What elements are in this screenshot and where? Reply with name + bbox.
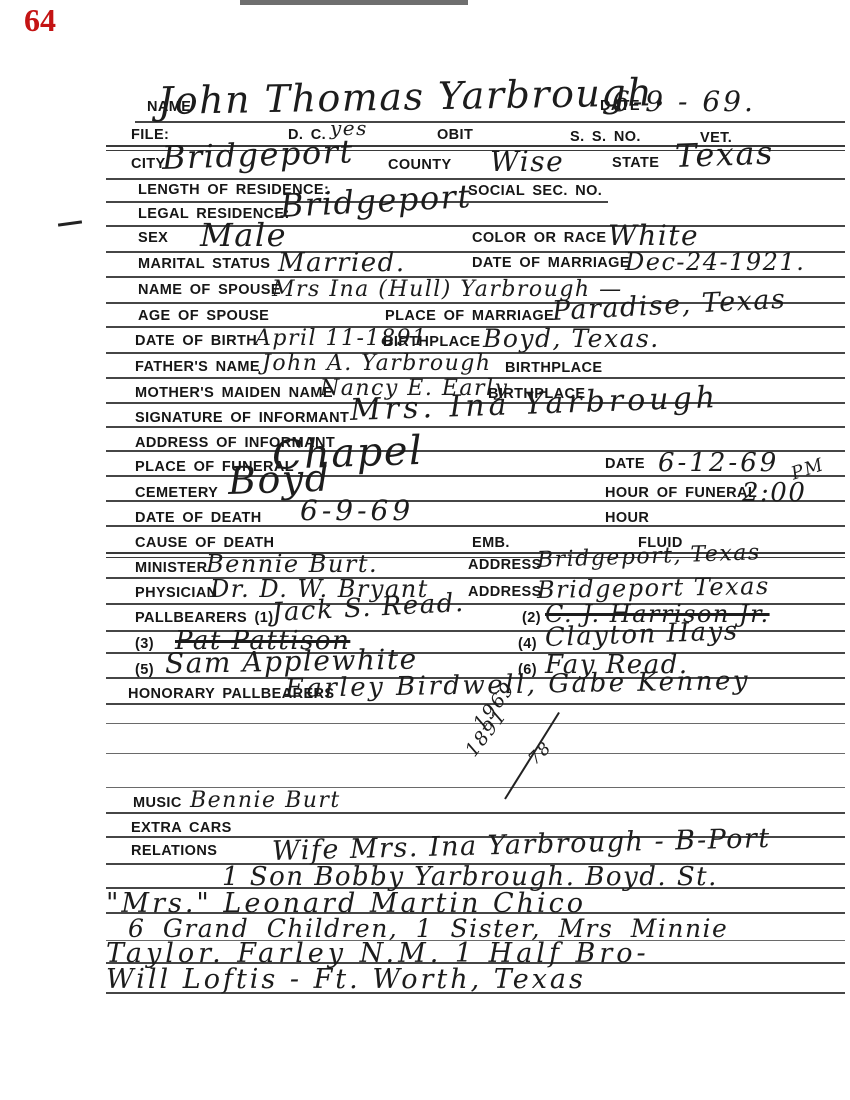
physician-address-value: Bridgeport Texas bbox=[537, 574, 770, 602]
hour-of-funeral-label: HOUR OF FUNERAL bbox=[605, 486, 757, 501]
age-of-spouse-label: AGE OF SPOUSE bbox=[138, 309, 269, 324]
hour-label: HOUR bbox=[605, 511, 649, 526]
name-of-spouse-label: NAME OF SPOUSE bbox=[138, 283, 281, 298]
sex-value: Male bbox=[200, 219, 287, 251]
county-label: COUNTY bbox=[388, 158, 452, 173]
minister-address-label: ADDRESS bbox=[468, 558, 542, 573]
color-or-race-value: White bbox=[608, 222, 699, 250]
funeral-date-value: 6-12-69 bbox=[658, 450, 779, 476]
color-or-race-label: COLOR OR RACE bbox=[472, 231, 606, 246]
birthplace-value: Boyd, Texas. bbox=[483, 326, 660, 351]
obit-label: OBIT bbox=[437, 128, 473, 143]
minister-value: Bennie Burt. bbox=[206, 552, 378, 576]
relations-line-6: Will Loftis - Ft. Worth, Texas bbox=[106, 966, 586, 993]
relations-line-5: Taylor. Farley N.M. 1 Half Bro- bbox=[106, 940, 650, 967]
scanned-funeral-record: 64 NAME DATE FILE: D. C. OBIT S. S. NO. … bbox=[0, 0, 850, 1100]
relations-line-2: 1 Son Bobby Yarbrough. Boyd. St. bbox=[222, 864, 718, 890]
date-of-birth-value: April 11-1891 bbox=[255, 328, 427, 350]
pallbearers-2-label: (2) bbox=[522, 611, 541, 626]
ruled-line bbox=[106, 703, 845, 705]
fathers-name-label: FATHER'S NAME bbox=[135, 360, 260, 375]
fathers-name-value: John A. Yarbrough bbox=[262, 353, 491, 375]
margin-mark bbox=[58, 220, 82, 226]
minister-address-value: Bridgeport, Texas bbox=[537, 542, 762, 572]
top-scan-bar bbox=[240, 0, 468, 5]
physician-label: PHYSICIAN bbox=[135, 586, 218, 601]
pallbearers-5-label: (5) bbox=[135, 663, 154, 678]
city-label: CITY bbox=[131, 157, 166, 172]
name-value: John Thomas Yarbrough. bbox=[158, 73, 667, 120]
legal-residence-value: Bridgeport bbox=[279, 180, 472, 222]
state-label: STATE bbox=[612, 156, 659, 171]
ruled-line bbox=[106, 178, 845, 180]
pallbearers-3-label: (3) bbox=[135, 637, 154, 652]
honorary-pallbearers-value: Earley Birdwell, Gabe Kenney bbox=[285, 668, 750, 702]
sex-label: SEX bbox=[138, 231, 168, 246]
pallbearers-4-label: (4) bbox=[518, 637, 537, 652]
signature-of-informant-label: SIGNATURE OF INFORMANT bbox=[135, 411, 349, 426]
music-label: MUSIC bbox=[133, 796, 182, 811]
funeral-date-label: DATE bbox=[605, 457, 645, 472]
date-of-death-value: 6-9-69 bbox=[300, 497, 414, 525]
emb-label: EMB. bbox=[472, 536, 510, 551]
date-of-marriage-label: DATE OF MARRIAGE bbox=[472, 256, 630, 271]
ruled-line bbox=[106, 326, 845, 328]
pallbearers-1-label: PALLBEARERS (1) bbox=[135, 611, 273, 626]
place-of-marriage-label: PLACE OF MARRIAGE bbox=[385, 309, 554, 324]
date-of-marriage-value: Dec-24-1921. bbox=[625, 250, 805, 274]
date-of-death-label: DATE OF DEATH bbox=[135, 511, 262, 526]
city-value: Bridgeport bbox=[161, 135, 354, 174]
cause-of-death-label: CAUSE OF DEATH bbox=[135, 536, 274, 551]
mothers-maiden-name-label: MOTHER'S MAIDEN NAME bbox=[135, 386, 333, 401]
date-of-birth-label: DATE OF BIRTH bbox=[135, 334, 257, 349]
minister-label: MINISTER bbox=[135, 561, 207, 576]
physician-address-label: ADDRESS bbox=[468, 585, 542, 600]
extra-cars-label: EXTRA CARS bbox=[131, 821, 232, 836]
county-value: Wise bbox=[490, 148, 564, 176]
date-value: 6-9 - 69. bbox=[612, 88, 756, 116]
cemetery-label: CEMETERY bbox=[135, 486, 218, 501]
marital-status-value: Married. bbox=[278, 250, 406, 276]
ssno-label: S. S. NO. bbox=[570, 130, 641, 145]
relations-line-1: Wife Mrs. Ina Yarbrough - B-Port bbox=[272, 825, 771, 865]
page-number: 64 bbox=[24, 4, 56, 36]
music-value: Bennie Burt bbox=[190, 790, 341, 812]
hour-meridiem-value: PM bbox=[789, 456, 826, 483]
relations-label: RELATIONS bbox=[131, 844, 217, 859]
social-sec-no-label: SOCIAL SEC. NO. bbox=[468, 184, 602, 199]
relations-line-3: "Mrs." Leonard Martin Chico bbox=[106, 890, 586, 917]
marital-status-label: MARITAL STATUS bbox=[138, 257, 270, 272]
state-value: Texas bbox=[674, 137, 774, 172]
birthplace-label: BIRTHPLACE bbox=[505, 361, 602, 376]
pallbearer-4-value: Clayton Hays bbox=[545, 618, 740, 651]
ruled-line bbox=[106, 426, 845, 428]
